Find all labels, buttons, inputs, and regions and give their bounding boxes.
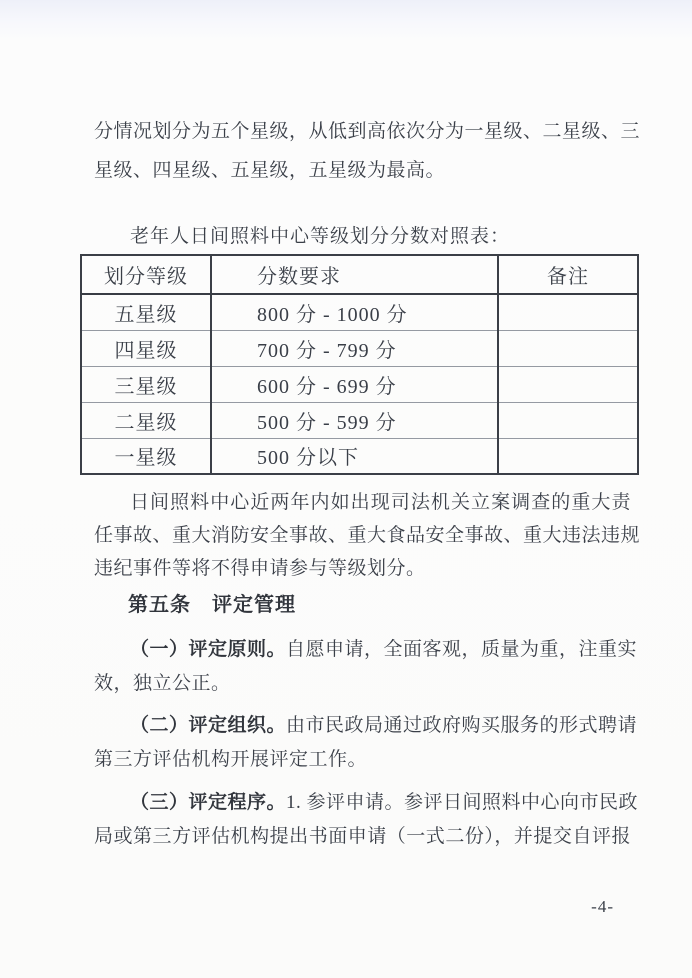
cell-remark [498, 294, 638, 330]
intro-line-2: 星级、四星级、五星级，五星级为最高。 [94, 151, 631, 190]
cell-grade: 五星级 [81, 294, 211, 330]
table-row: 四星级 700 分 - 799 分 [81, 330, 638, 366]
score-comparison-table: 划分等级 分数要求 备注 五星级 800 分 - 1000 分 四星级 700 … [80, 254, 639, 475]
notice-line-1: 日间照料中心近两年内如出现司法机关立案调查的重大责 [94, 486, 631, 519]
page-number: -4- [591, 897, 614, 917]
cell-score: 500 分 - 599 分 [211, 402, 498, 438]
intro-line-1: 分情况划分为五个星级，从低到高依次分为一星级、二星级、三 [94, 112, 631, 151]
cell-remark [498, 366, 638, 402]
item-1-text: 自愿申请，全面客观，质量为重，注重实 [286, 639, 637, 660]
item-2-lead: （二）评定组织。 [130, 715, 286, 736]
article5-item-3: （三）评定程序。1. 参评申请。参评日间照料中心向市民政 局或第三方评估机构提出… [94, 786, 631, 854]
article5-item-1: （一）评定原则。自愿申请，全面客观，质量为重，注重实 效，独立公正。 [94, 633, 631, 701]
header-remark: 备注 [498, 255, 638, 294]
notice-line-3: 违纪事件等将不得申请参与等级划分。 [94, 552, 631, 585]
cell-grade: 四星级 [81, 330, 211, 366]
table-row: 一星级 500 分以下 [81, 438, 638, 474]
score-table-title: 老年人日间照料中心等级划分分数对照表： [94, 221, 637, 252]
table-row: 二星级 500 分 - 599 分 [81, 402, 638, 438]
article5-item-2: （二）评定组织。由市民政局通过政府购买服务的形式聘请 第三方评估机构开展评定工作… [94, 709, 631, 777]
table-header-row: 划分等级 分数要求 备注 [81, 255, 638, 294]
item-1-line-1: （一）评定原则。自愿申请，全面客观，质量为重，注重实 [94, 633, 631, 667]
intro-paragraph: 分情况划分为五个星级，从低到高依次分为一星级、二星级、三 星级、四星级、五星级，… [94, 112, 631, 190]
table-row: 三星级 600 分 - 699 分 [81, 366, 638, 402]
cell-score: 500 分以下 [211, 438, 498, 474]
item-1-lead: （一）评定原则。 [130, 639, 286, 660]
cell-grade: 二星级 [81, 402, 211, 438]
table-row: 五星级 800 分 - 1000 分 [81, 294, 638, 330]
notice-line-2: 任事故、重大消防安全事故、重大食品安全事故、重大违法违规 [94, 519, 631, 552]
document-content: 分情况划分为五个星级，从低到高依次分为一星级、二星级、三 星级、四星级、五星级，… [80, 0, 637, 854]
header-score: 分数要求 [211, 255, 498, 294]
cell-grade: 三星级 [81, 366, 211, 402]
cell-grade: 一星级 [81, 438, 211, 474]
item-3-text: 1. 参评申请。参评日间照料中心向市民政 [286, 792, 638, 813]
scanned-document-page: 分情况划分为五个星级，从低到高依次分为一星级、二星级、三 星级、四星级、五星级，… [0, 0, 692, 978]
cell-score: 800 分 - 1000 分 [211, 294, 498, 330]
item-2-text: 由市民政局通过政府购买服务的形式聘请 [286, 715, 637, 736]
item-3-line-2: 局或第三方评估机构提出书面申请（一式二份），并提交自评报 [94, 820, 631, 854]
item-3-line-1: （三）评定程序。1. 参评申请。参评日间照料中心向市民政 [94, 786, 631, 820]
cell-remark [498, 438, 638, 474]
cell-remark [498, 330, 638, 366]
cell-score: 600 分 - 699 分 [211, 366, 498, 402]
disqualification-notice: 日间照料中心近两年内如出现司法机关立案调查的重大责 任事故、重大消防安全事故、重… [94, 486, 631, 585]
header-grade: 划分等级 [81, 255, 211, 294]
item-1-line-2: 效，独立公正。 [94, 667, 631, 701]
cell-score: 700 分 - 799 分 [211, 330, 498, 366]
item-2-line-1: （二）评定组织。由市民政局通过政府购买服务的形式聘请 [94, 709, 631, 743]
item-3-lead: （三）评定程序。 [130, 792, 286, 813]
item-2-line-2: 第三方评估机构开展评定工作。 [94, 743, 631, 777]
cell-remark [498, 402, 638, 438]
article-5-heading: 第五条 评定管理 [94, 591, 637, 620]
